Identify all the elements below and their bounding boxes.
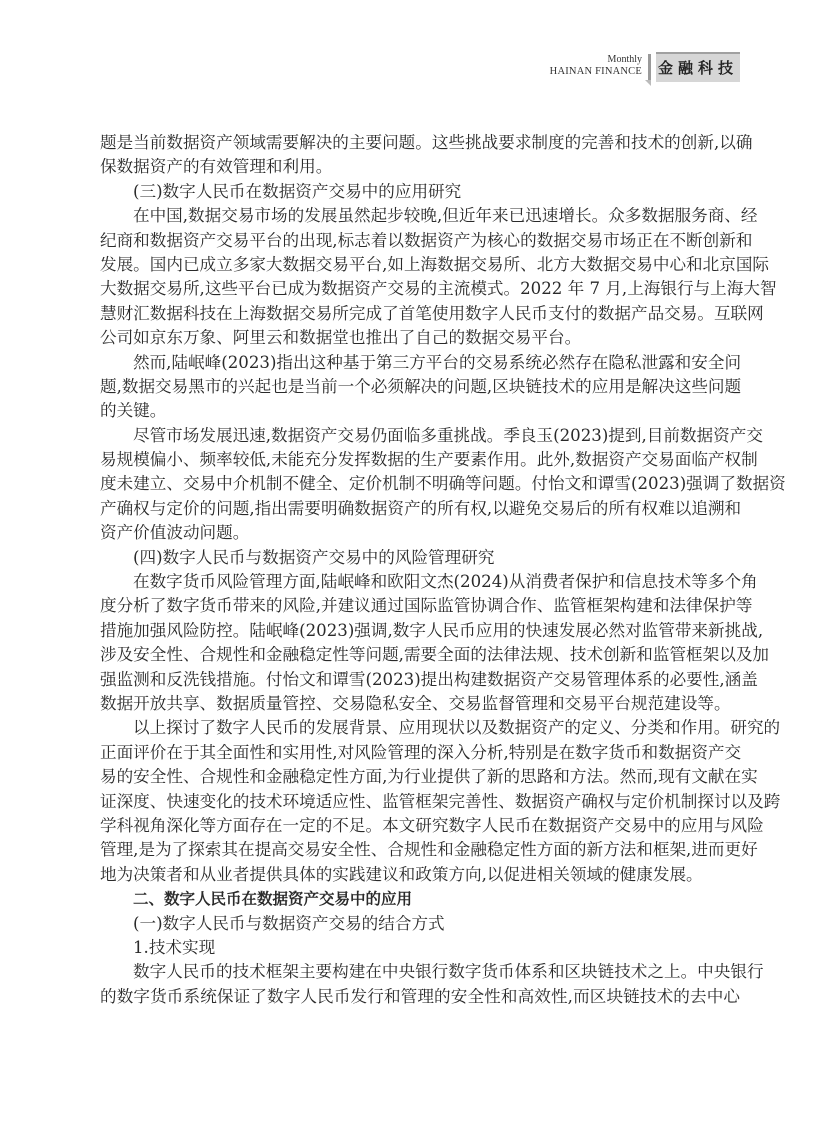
text-line: 尽管市场发展迅速,数据资产交易仍面临多重挑战。季良玉(2023)提到,目前数据资…: [100, 424, 740, 448]
text-line: 数字人民币的技术框架主要构建在中央银行数字货币体系和区块链技术之上。中央银行: [100, 960, 740, 984]
text-line: 公司如京东万象、阿里云和数据堂也推出了自己的数据交易平台。: [100, 326, 740, 350]
text-line: 易规模偏小、频率较低,未能充分发挥数据的生产要素作用。此外,数据资产交易面临产权…: [100, 448, 740, 472]
text-line: 学科视角深化等方面存在一定的不足。本文研究数字人民币在数据资产交易中的应用与风险: [100, 814, 740, 838]
text-line: 地为决策者和从业者提供具体的实践建议和政策方向,以促进相关领域的健康发展。: [100, 863, 740, 887]
text-line: 1.技术实现: [100, 936, 740, 960]
page-header: Monthly HAINAN FINANCE 金融科技: [0, 48, 826, 88]
text-line: 然而,陆岷峰(2023)指出这种基于第三方平台的交易系统必然存在隐私泄露和安全问: [100, 351, 740, 375]
text-line: 易的安全性、合规性和金融稳定性方面,为行业提供了新的思路和方法。然而,现有文献在…: [100, 765, 740, 789]
text-line: 证深度、快速变化的技术环境适应性、监管框架完善性、数据资产确权与定价机制探讨以及…: [100, 790, 740, 814]
journal-masthead: Monthly HAINAN FINANCE: [550, 54, 651, 82]
text-line: 涉及安全性、合规性和金融稳定性等问题,需要全面的法律法规、技术创新和监管框架以及…: [100, 643, 740, 667]
text-line: 产确权与定价的问题,指出需要明确数据资产的所有权,以避免交易后的所有权难以追溯和: [100, 497, 740, 521]
text-line: 题,数据交易黑市的兴起也是当前一个必须解决的问题,区块链技术的应用是解决这些问题: [100, 375, 740, 399]
text-line: 纪商和数据资产交易平台的出现,标志着以数据资产为核心的数据交易市场正在不断创新和: [100, 229, 740, 253]
section-heading: 二、数字人民币在数据资产交易中的应用: [100, 887, 740, 911]
text-line: (三)数字人民币在数据资产交易中的应用研究: [100, 180, 740, 204]
text-line: 的数字货币系统保证了数字人民币发行和管理的安全性和高效性,而区块链技术的去中心: [100, 985, 740, 1009]
text-line: 题是当前数据资产领域需要解决的主要问题。这些挑战要求制度的完善和技术的创新,以确: [100, 131, 740, 155]
text-line: 慧财汇数据科技在上海数据交易所完成了首笔使用数字人民币支付的数据产品交易。互联网: [100, 302, 740, 326]
text-line: 保数据资产的有效管理和利用。: [100, 155, 740, 179]
text-line: 以上探讨了数字人民币的发展背景、应用现状以及数据资产的定义、分类和作用。研究的: [100, 716, 740, 740]
text-line: 度未建立、交易中介机制不健全、定价机制不明确等问题。付怡文和谭雪(2023)强调…: [100, 472, 740, 496]
masthead-journal-name: HAINAN FINANCE: [550, 65, 642, 78]
text-line: (一)数字人民币与数据资产交易的结合方式: [100, 912, 740, 936]
section-tag: 金融科技: [656, 52, 740, 82]
text-line: 资产价值波动问题。: [100, 521, 740, 545]
text-line: 正面评价在于其全面性和实用性,对风险管理的深入分析,特别是在数字货币和数据资产交: [100, 741, 740, 765]
text-line: (四)数字人民币与数据资产交易中的风险管理研究: [100, 546, 740, 570]
text-line: 发展。国内已成立多家大数据交易平台,如上海数据交易所、北方大数据交易中心和北京国…: [100, 253, 740, 277]
article-body: 题是当前数据资产领域需要解决的主要问题。这些挑战要求制度的完善和技术的创新,以确…: [100, 131, 740, 1009]
text-line: 度分析了数字货币带来的风险,并建议通过国际监管协调合作、监管框架构建和法律保护等: [100, 594, 740, 618]
text-line: 在中国,数据交易市场的发展虽然起步较晚,但近年来已迅速增长。众多数据服务商、经: [100, 204, 740, 228]
text-line: 在数字货币风险管理方面,陆岷峰和欧阳文杰(2024)从消费者保护和信息技术等多个…: [100, 570, 740, 594]
text-line: 措施加强风险防控。陆岷峰(2023)强调,数字人民币应用的快速发展必然对监管带来…: [100, 619, 740, 643]
masthead-monthly: Monthly: [550, 54, 642, 65]
text-line: 的关键。: [100, 399, 740, 423]
text-line: 管理,是为了探索其在提高交易安全性、合规性和金融稳定性方面的新方法和框架,进而更…: [100, 838, 740, 862]
text-line: 大数据交易所,这些平台已成为数据资产交易的主流模式。2022 年 7 月,上海银…: [100, 277, 740, 301]
text-line: 数据开放共享、数据质量管控、交易隐私安全、交易监督管理和交易平台规范建设等。: [100, 692, 740, 716]
text-line: 强监测和反洗钱措施。付怡文和谭雪(2023)提出构建数据资产交易管理体系的必要性…: [100, 668, 740, 692]
